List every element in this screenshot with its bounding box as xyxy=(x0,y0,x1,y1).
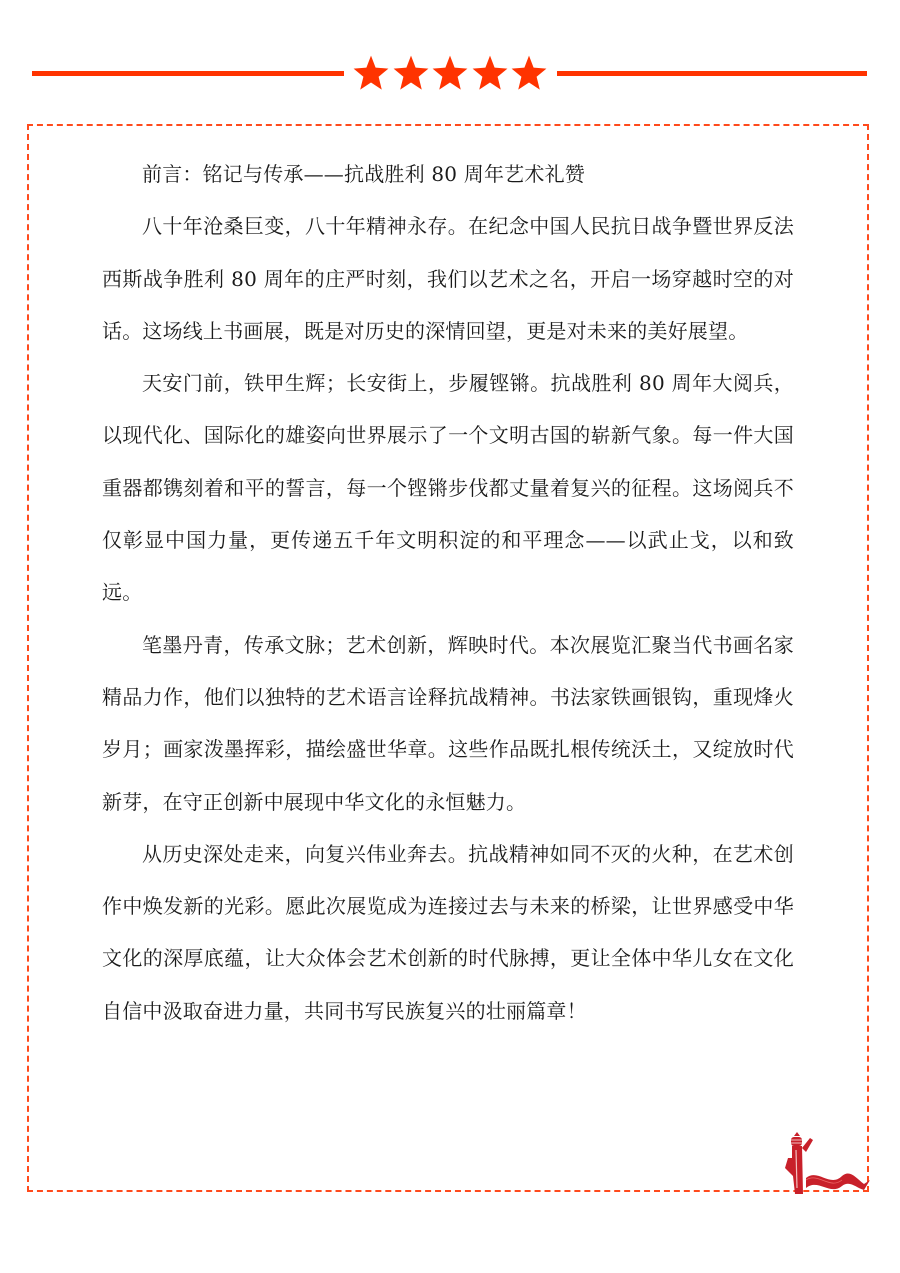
header-rule xyxy=(0,50,900,96)
paragraph: 八十年沧桑巨变，八十年精神永存。在纪念中国人民抗日战争暨世界反法西斯战争胜利 8… xyxy=(102,200,794,357)
star-icon xyxy=(510,54,548,92)
star-icon xyxy=(392,54,430,92)
star-icon xyxy=(471,54,509,92)
paragraph: 笔墨丹青，传承文脉；艺术创新，辉映时代。本次展览汇聚当代书画名家精品力作，他们以… xyxy=(102,619,794,828)
paragraph: 从历史深处走来，向复兴伟业奔去。抗战精神如同不灭的火种，在艺术创作中焕发新的光彩… xyxy=(102,828,794,1037)
rule-line-left xyxy=(32,71,344,76)
five-stars xyxy=(352,54,548,92)
huabiao-ribbon-icon xyxy=(760,1128,870,1200)
star-icon xyxy=(431,54,469,92)
star-icon xyxy=(352,54,390,92)
document-title: 前言：铭记与传承——抗战胜利 80 周年艺术礼赞 xyxy=(102,148,794,200)
document-body: 前言：铭记与传承——抗战胜利 80 周年艺术礼赞 八十年沧桑巨变，八十年精神永存… xyxy=(102,148,794,1037)
paragraph: 天安门前，铁甲生辉；长安街上，步履铿锵。抗战胜利 80 周年大阅兵，以现代化、国… xyxy=(102,357,794,618)
rule-line-right xyxy=(557,71,867,76)
